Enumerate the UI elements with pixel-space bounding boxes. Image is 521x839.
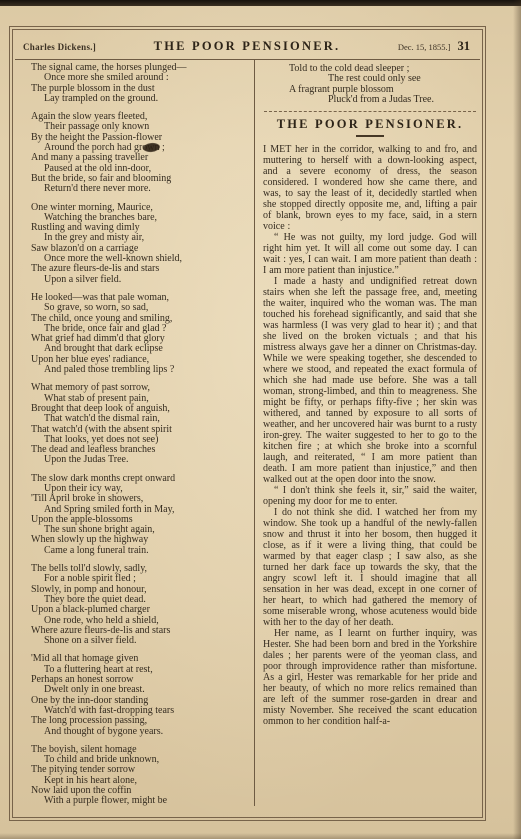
article-body: I MET her in the corridor, walking to an… [263,144,477,727]
header-title: THE POOR PENSIONER. [154,39,341,54]
article-paragraph: Her name, as I learnt on further inquiry… [263,628,477,727]
poem-line: Return'd there never more. [31,184,254,194]
poem-stanza: The slow dark months crept onwardUpon th… [31,474,254,556]
header-date: Dec. 15, 1855.] [398,42,451,52]
section-divider-rule [264,111,476,112]
header-author: Charles Dickens.] [23,42,96,52]
poem-line: With a purple flower, might be [31,796,254,806]
article-paragraph: I do not think she did. I watched her fr… [263,507,477,628]
poem-line: And paled those trembling lips ? [31,365,254,375]
article-paragraph: I made a hasty and undignified retreat d… [263,276,477,485]
poem-line: Shone on a silver field. [31,636,254,646]
scanned-page: Charles Dickens.] THE POOR PENSIONER. De… [0,0,521,839]
poem-line: Pluck'd from a Judas Tree. [289,95,477,105]
poem-stanza: The bells toll'd slowly, sadly,For a nob… [31,564,254,646]
title-rule [356,135,384,137]
poem-line: So grave, so worn, so sad, [31,303,254,313]
scan-top-edge [0,0,521,6]
section-title: THE POOR PENSIONER. [263,117,477,132]
poem-ending: Told to the cold dead sleeper ;The rest … [263,64,477,105]
poem-line: The long procession passing, [31,716,254,726]
poem-stanza: 'Mid all that homage givenTo a flutterin… [31,654,254,736]
poem-line: That watch'd the dismal rain, [31,414,254,424]
page-frame: Charles Dickens.] THE POOR PENSIONER. De… [9,26,486,821]
poem-line: Upon a black-plumed charger [31,605,254,615]
header-date-page: Dec. 15, 1855.]31 [398,39,470,54]
article-paragraph: I MET her in the corridor, walking to an… [263,144,477,232]
page-number: 31 [458,39,471,53]
article-paragraph: “ I don't think she feels it, sir,” said… [263,485,477,507]
poem-line: And thought of bygone years. [31,727,254,737]
poem-line: Lay trampled on the ground. [31,94,254,104]
two-column-layout: The signal came, the horses plunged—Once… [13,60,482,806]
poem-stanza: The signal came, the horses plunged—Once… [31,63,254,104]
poem-line: Came a long funeral train. [31,546,254,556]
poem-stanza: He looked—was that pale woman,So grave, … [31,293,254,375]
poem-line: Upon a silver field. [31,275,254,285]
poem-stanza: The boyish, silent homageTo child and br… [31,745,254,806]
page-frame-inner: Charles Dickens.] THE POOR PENSIONER. De… [12,29,483,818]
poem-stanza: What memory of past sorrow,What stab of … [31,383,254,465]
left-column-poem: The signal came, the horses plunged—Once… [13,60,254,806]
poem-stanza: One winter morning, Maurice,Watching the… [31,203,254,285]
right-column: Told to the cold dead sleeper ;The rest … [255,60,482,806]
poem-stanza: Again the slow years fleeted,Their passa… [31,112,254,194]
poem-line: Upon the Judas Tree. [31,455,254,465]
running-header: Charles Dickens.] THE POOR PENSIONER. De… [13,30,482,58]
article-paragraph: “ He was not guilty, my lord judge. God … [263,232,477,276]
